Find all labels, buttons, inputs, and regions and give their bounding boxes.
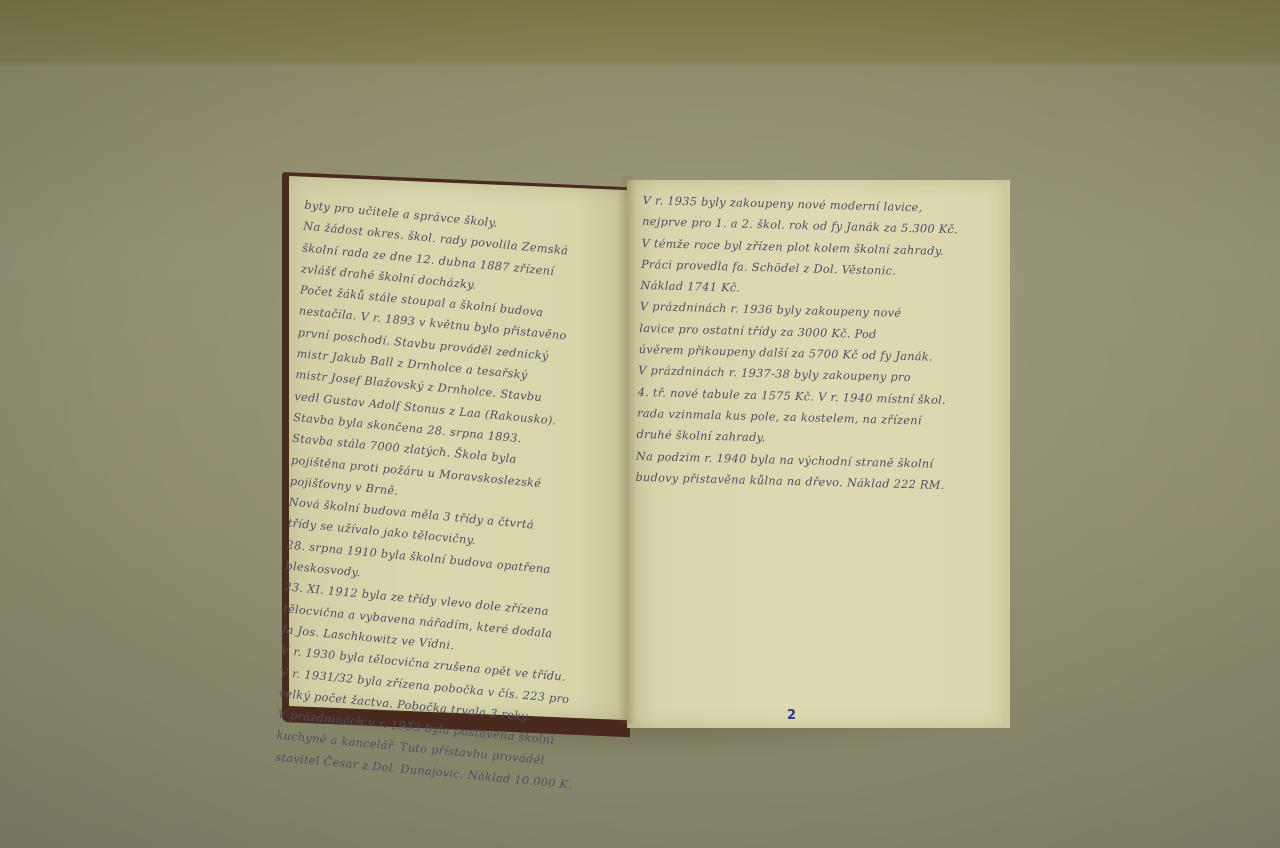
right-page: V r. 1935 byly zakoupeny nové moderní la… [627,180,1010,728]
book-gutter [618,176,636,724]
left-page-handwriting: byty pro učitele a správce školy. Na žád… [275,195,602,796]
left-page: byty pro učitele a správce školy. Na žád… [289,176,627,720]
page-number: 2 [787,708,796,723]
right-page-handwriting: V r. 1935 byly zakoupeny nové moderní la… [635,190,959,496]
